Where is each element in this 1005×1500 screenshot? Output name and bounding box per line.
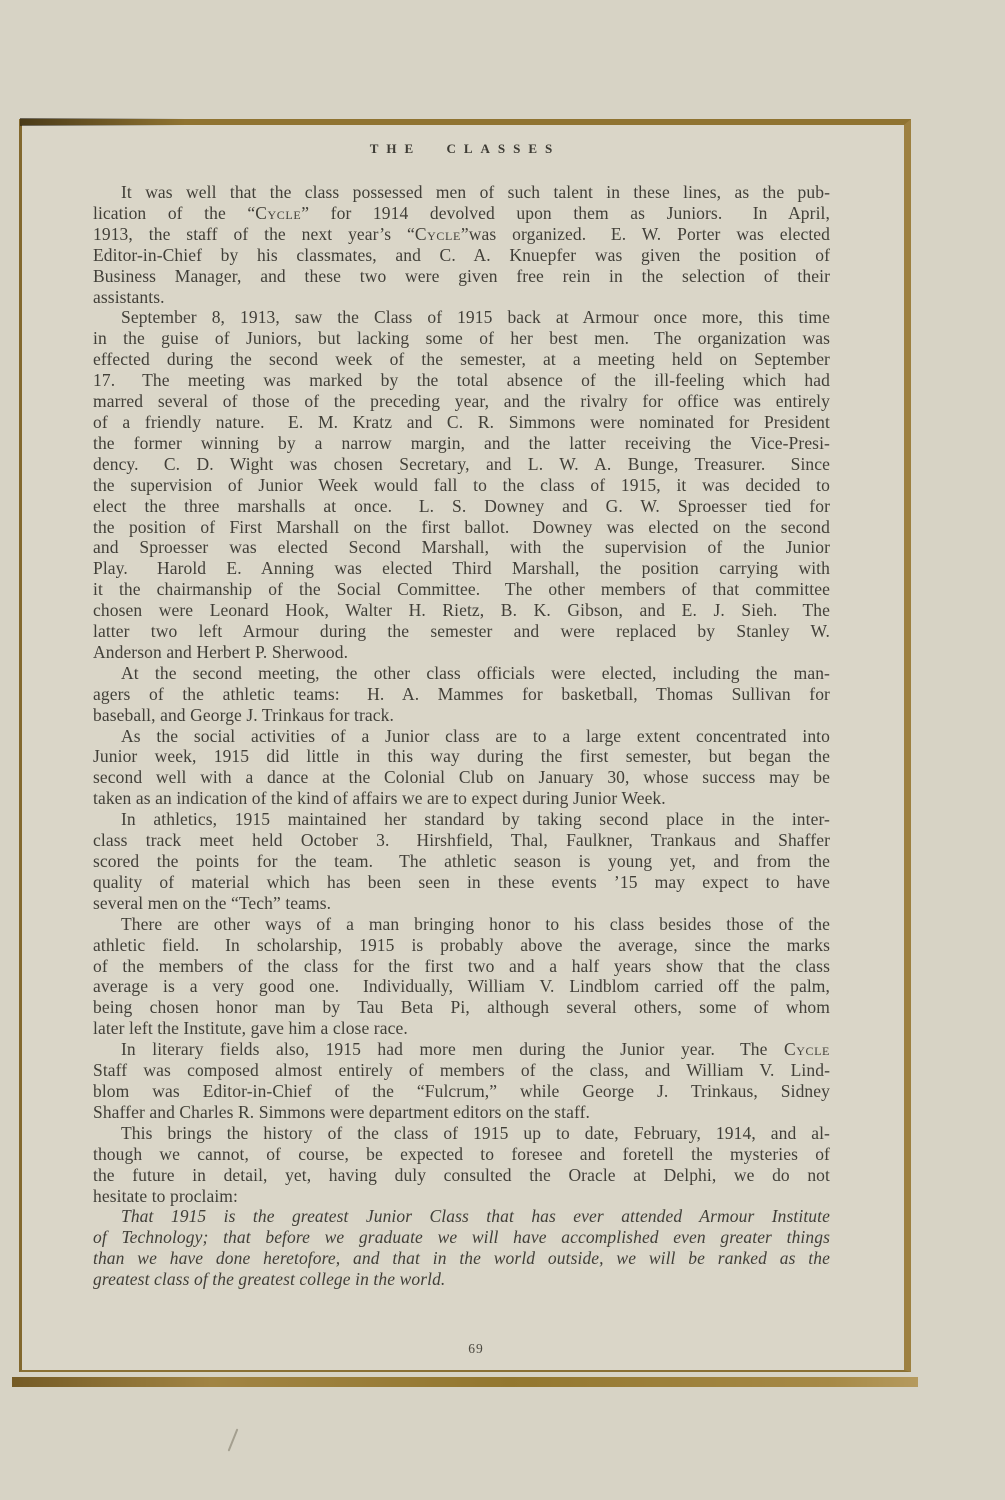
paragraph: In athletics, 1915 maintained her standa…: [93, 809, 830, 914]
text-line: class track meet held October 3. Hirshfi…: [93, 830, 830, 851]
text-body: It was well that the class possessed men…: [93, 182, 830, 1290]
text-line: elect the three marshalls at once. L. S.…: [93, 496, 830, 517]
text-line: athletic field. In scholarship, 1915 is …: [93, 935, 830, 956]
text-line: average is a very good one. Individually…: [93, 976, 830, 997]
text-line: This brings the history of the class of …: [93, 1123, 830, 1144]
text-line: though we cannot, of course, be expected…: [93, 1144, 830, 1165]
paragraph: As the social activities of a Junior cla…: [93, 726, 830, 810]
text-line: 17. The meeting was marked by the total …: [93, 370, 830, 391]
text-line: There are other ways of a man bringing h…: [93, 914, 830, 935]
paragraph: September 8, 1913, saw the Class of 1915…: [93, 307, 830, 662]
text-line: At the second meeting, the other class o…: [93, 663, 830, 684]
text-line: several men on the “Tech” teams.: [93, 893, 830, 914]
text-line: It was well that the class possessed men…: [93, 182, 830, 203]
text-line: baseball, and George J. Trinkaus for tra…: [93, 705, 830, 726]
text-line: latter two left Armour during the semest…: [93, 621, 830, 642]
text-line: As the social activities of a Junior cla…: [93, 726, 830, 747]
text-line: chosen were Leonard Hook, Walter H. Riet…: [93, 600, 830, 621]
text-line: taken as an indication of the kind of af…: [93, 788, 830, 809]
smallcaps-word: Cycle: [784, 1039, 830, 1059]
pen-mark: [228, 1428, 239, 1451]
smallcaps-word: Cycle: [255, 203, 301, 223]
text-line: assistants.: [93, 287, 830, 308]
text-line: than we have done heretofore, and that i…: [93, 1248, 830, 1269]
text-line: the future in detail, yet, having duly c…: [93, 1165, 830, 1186]
text-line: it the chairmanship of the Social Commit…: [93, 579, 830, 600]
frame-bottom-gilt-band: [12, 1377, 918, 1387]
text-line: September 8, 1913, saw the Class of 1915…: [93, 307, 830, 328]
text-line: of the members of the class for the firs…: [93, 956, 830, 977]
text-line: greatest class of the greatest college i…: [93, 1269, 830, 1290]
text-line: Play. Harold E. Anning was elected Third…: [93, 558, 830, 579]
text-line: the position of First Marshall on the fi…: [93, 517, 830, 538]
text-line: lication of the “Cycle” for 1914 devolve…: [93, 203, 830, 224]
text-line: Staff was composed almost entirely of me…: [93, 1060, 830, 1081]
text-line: hesitate to proclaim:: [93, 1186, 830, 1207]
text-line: of Technology; that before we graduate w…: [93, 1227, 830, 1248]
text-line: scored the points for the team. The athl…: [93, 851, 830, 872]
paragraph: At the second meeting, the other class o…: [93, 663, 830, 726]
text-line: Anderson and Herbert P. Sherwood.: [93, 642, 830, 663]
text-line: Shaffer and Charles R. Simmons were depa…: [93, 1102, 830, 1123]
text-line: being chosen honor man by Tau Beta Pi, a…: [93, 997, 830, 1018]
text-line: 1913, the staff of the next year’s “Cycl…: [93, 224, 830, 245]
paragraph: It was well that the class possessed men…: [93, 182, 830, 307]
text-line: marred several of those of the preceding…: [93, 391, 830, 412]
text-line: dency. C. D. Wight was chosen Secretary,…: [93, 454, 830, 475]
page-number: 69: [19, 1341, 911, 1357]
running-head: THE CLASSES: [19, 141, 911, 157]
text-line: the supervision of Junior Week would fal…: [93, 475, 830, 496]
text-line: Junior week, 1915 did little in this way…: [93, 746, 830, 767]
text-line: second well with a dance at the Colonial…: [93, 767, 830, 788]
text-line: Business Manager, and these two were giv…: [93, 266, 830, 287]
text-line: effected during the second week of the s…: [93, 349, 830, 370]
paragraph: That 1915 is the greatest Junior Class t…: [93, 1206, 830, 1290]
text-line: and Sproesser was elected Second Marshal…: [93, 537, 830, 558]
paragraph: There are other ways of a man bringing h…: [93, 914, 830, 1039]
text-line: That 1915 is the greatest Junior Class t…: [93, 1206, 830, 1227]
text-line: Editor-in-Chief by his classmates, and C…: [93, 245, 830, 266]
text-line: of a friendly nature. E. M. Kratz and C.…: [93, 412, 830, 433]
text-line: the former winning by a narrow margin, a…: [93, 433, 830, 454]
text-line: in the guise of Juniors, but lacking som…: [93, 328, 830, 349]
text-line: blom was Editor-in-Chief of the “Fulcrum…: [93, 1081, 830, 1102]
text-line: In athletics, 1915 maintained her standa…: [93, 809, 830, 830]
paragraph: This brings the history of the class of …: [93, 1123, 830, 1207]
text-line: agers of the athletic teams: H. A. Mamme…: [93, 684, 830, 705]
scan-background: THE CLASSES It was well that the class p…: [0, 0, 1005, 1500]
text-line: later left the Institute, gave him a clo…: [93, 1018, 830, 1039]
paragraph: In literary fields also, 1915 had more m…: [93, 1039, 830, 1123]
smallcaps-word: Cycle: [415, 224, 461, 244]
text-line: In literary fields also, 1915 had more m…: [93, 1039, 830, 1060]
text-line: quality of material which has been seen …: [93, 872, 830, 893]
scan-smudge: [20, 118, 185, 126]
